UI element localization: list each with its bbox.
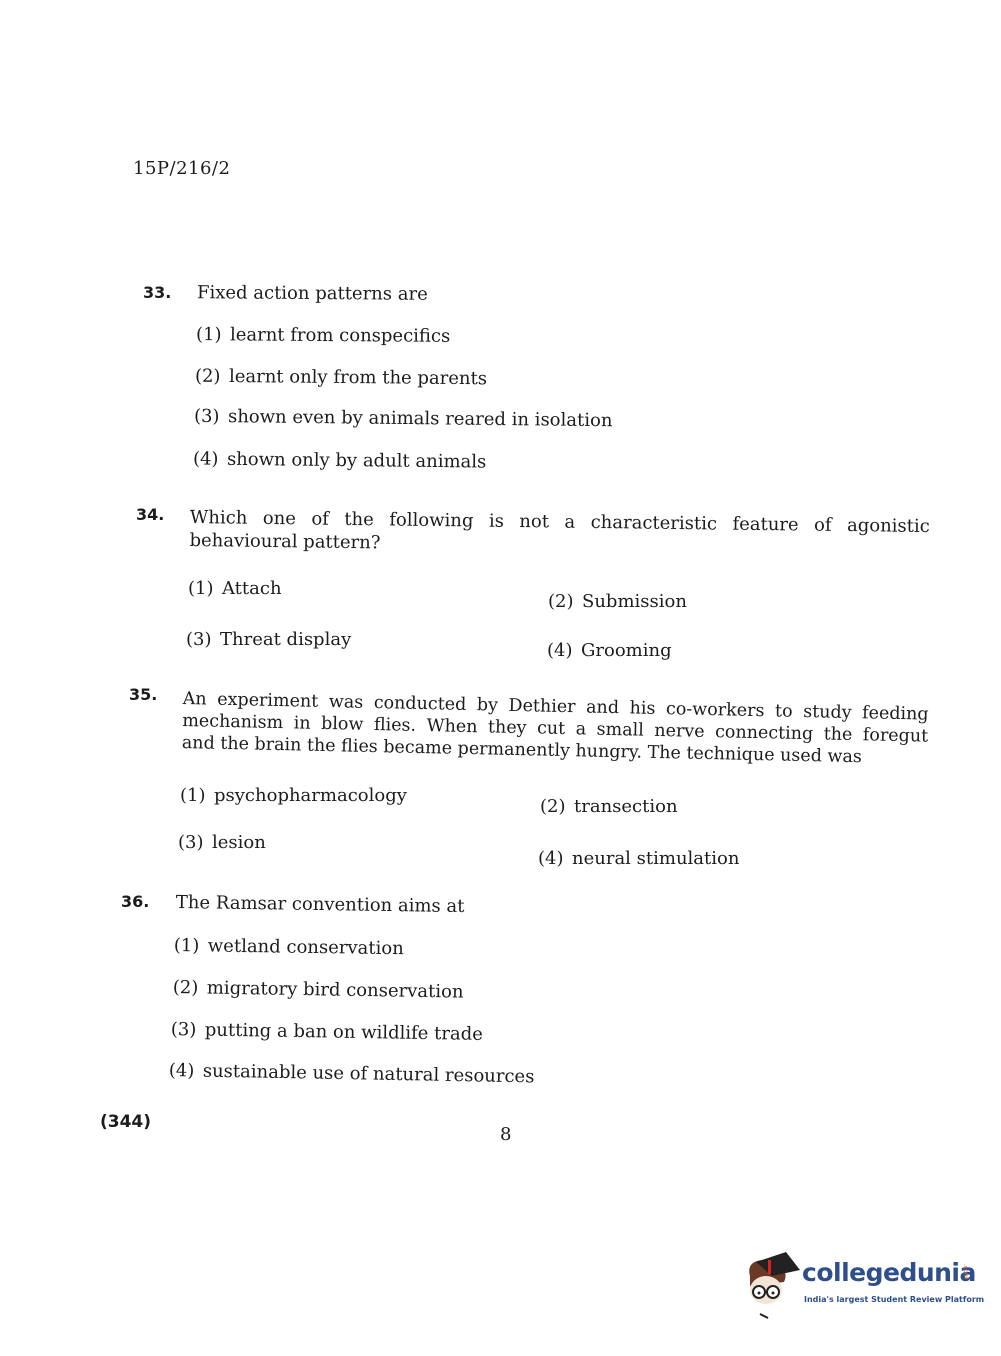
paper-code: 15P/216/2	[133, 158, 230, 179]
brand-suffix: .com	[962, 1264, 969, 1279]
question-text-34: Which one of the following is not a char…	[189, 506, 930, 561]
question-number-35: 35.	[129, 685, 157, 704]
option-34-1: (1)Attach	[188, 578, 282, 599]
option-33-4: (4)shown only by adult animals	[193, 448, 487, 472]
option-35-3: (3)lesion	[178, 832, 266, 853]
option-36-3: (3)putting a ban on wildlife trade	[171, 1019, 483, 1045]
option-33-1: (1)learnt from conspecifics	[196, 324, 450, 347]
brand-name: collegedunia	[802, 1258, 976, 1287]
option-36-4: (4)sustainable use of natural resources	[169, 1060, 535, 1087]
option-33-3: (3)shown even by animals reared in isola…	[194, 406, 613, 431]
option-34-3: (3)Threat display	[186, 629, 351, 650]
collegedunia-logo: collegedunia .com India's largest Studen…	[742, 1252, 972, 1322]
question-text-33: Fixed action patterns are	[197, 282, 428, 305]
question-number-36: 36.	[121, 892, 149, 911]
footer-code: (344)	[100, 1112, 151, 1132]
option-33-2: (2)learnt only from the parents	[195, 366, 487, 390]
option-35-2: (2)transection	[540, 796, 678, 817]
question-text-35: An experiment was conducted by Dethier a…	[182, 688, 929, 770]
page-number: 8	[500, 1124, 511, 1145]
question-number-33: 33.	[143, 283, 171, 302]
brand-tagline: India's largest Student Review Platform	[804, 1295, 984, 1304]
question-text-36: The Ramsar convention aims at	[176, 892, 465, 917]
option-34-2: (2)Submission	[548, 591, 687, 612]
option-36-1: (1)wetland conservation	[174, 935, 404, 959]
option-35-1: (1)psychopharmacology	[180, 785, 407, 806]
question-number-34: 34.	[136, 505, 164, 524]
option-34-4: (4)Grooming	[547, 640, 672, 661]
option-35-4: (4)neural stimulation	[538, 848, 739, 869]
mascot-icon	[742, 1252, 802, 1322]
option-36-2: (2)migratory bird conservation	[173, 977, 464, 1003]
